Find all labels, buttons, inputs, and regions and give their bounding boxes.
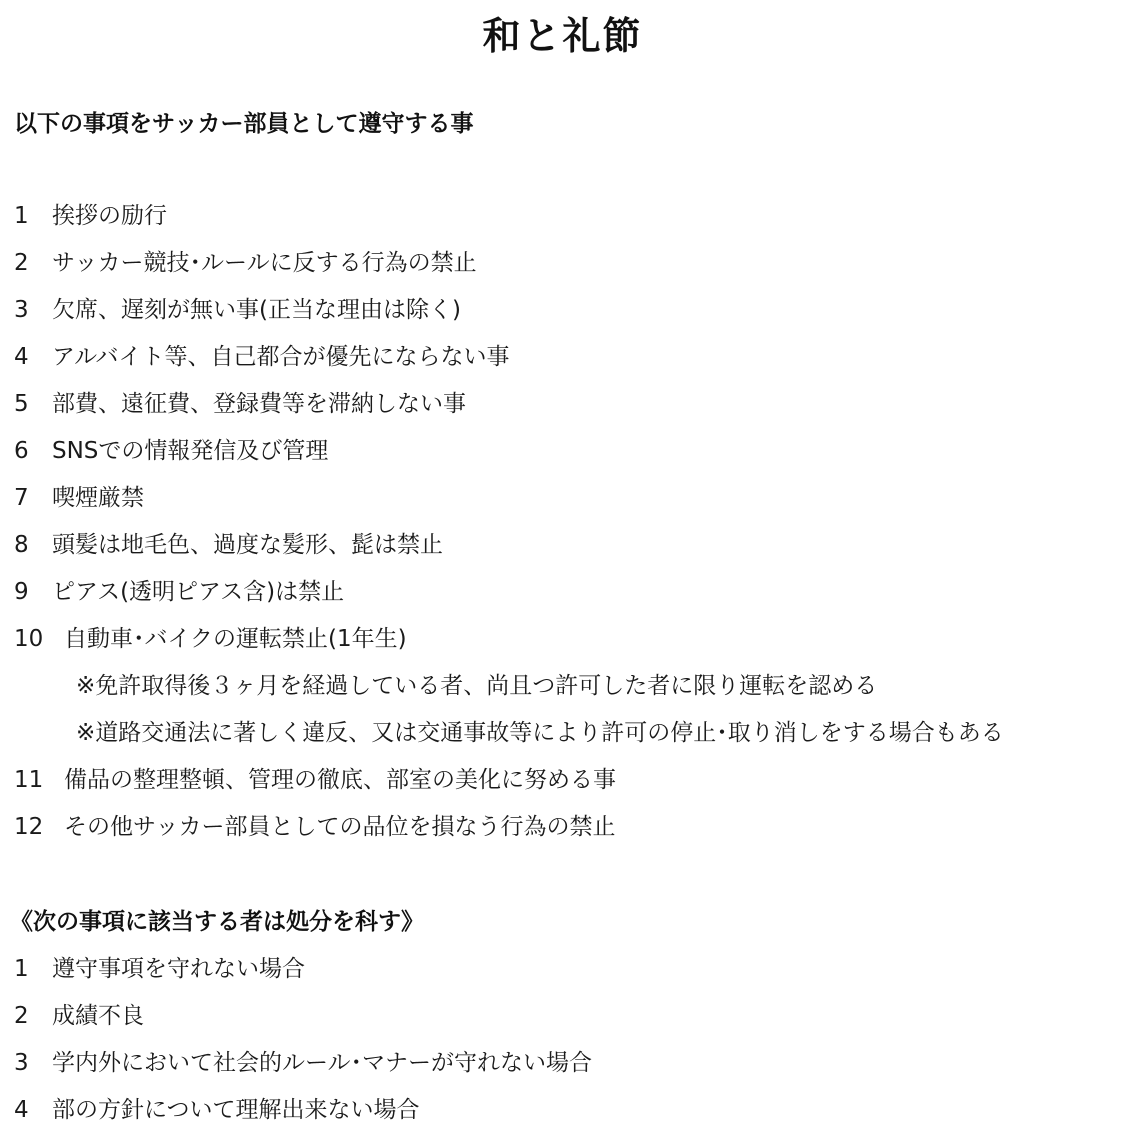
- penalty-number: 3: [14, 1047, 52, 1079]
- rule-text: アルバイト等、自己都合が優先にならない事: [52, 344, 509, 370]
- rule-text: 欠席、遅刻が無い事(正当な理由は除く): [52, 297, 461, 323]
- rule-item: 12その他サッカー部員としての品位を損なう行為の禁止: [14, 811, 616, 843]
- rule-item: 3欠席、遅刻が無い事(正当な理由は除く): [14, 294, 461, 326]
- rule-note: ※免許取得後３ヶ月を経過している者、尚且つ許可した者に限り運転を認める: [76, 670, 877, 702]
- rule-item: 1挨拶の励行: [14, 200, 167, 232]
- rule-number: 11: [14, 764, 64, 796]
- section2-heading: 《次の事項に該当する者は処分を科す》: [10, 906, 424, 938]
- penalty-item: 2成績不良: [14, 1000, 144, 1032]
- rule-item: 8頭髪は地毛色、過度な髪形、髭は禁止: [14, 529, 443, 561]
- rule-number: 9: [14, 576, 52, 608]
- penalty-number: 4: [14, 1094, 52, 1126]
- rule-number: 1: [14, 200, 52, 232]
- penalty-number: 2: [14, 1000, 52, 1032]
- rule-note: ※道路交通法に著しく違反、又は交通事故等により許可の停止･取り消しをする場合もあ…: [76, 717, 1004, 749]
- rule-item: 11備品の整理整頓、管理の徹底、部室の美化に努める事: [14, 764, 616, 796]
- penalty-number: 1: [14, 953, 52, 985]
- rule-text: その他サッカー部員としての品位を損なう行為の禁止: [64, 814, 616, 840]
- rule-number: 3: [14, 294, 52, 326]
- section1-heading: 以下の事項をサッカー部員として遵守する事: [14, 108, 474, 140]
- rule-number: 4: [14, 341, 52, 373]
- rule-text: サッカー競技･ルールに反する行為の禁止: [52, 250, 477, 276]
- rule-text: 喫煙厳禁: [52, 485, 144, 511]
- rule-item: 9ピアス(透明ピアス含)は禁止: [14, 576, 344, 608]
- penalty-item: 3学内外において社会的ルール･マナーが守れない場合: [14, 1047, 592, 1079]
- rule-text: 挨拶の励行: [52, 203, 167, 229]
- rule-number: 10: [14, 623, 64, 655]
- rule-text: 頭髪は地毛色、過度な髪形、髭は禁止: [52, 532, 443, 558]
- rule-text: 部費、遠征費、登録費等を滞納しない事: [52, 391, 466, 417]
- rule-number: 5: [14, 388, 52, 420]
- rule-number: 6: [14, 435, 52, 467]
- rule-item: 7喫煙厳禁: [14, 482, 144, 514]
- penalty-text: 成績不良: [52, 1003, 144, 1029]
- rule-text: 備品の整理整頓、管理の徹底、部室の美化に努める事: [64, 767, 616, 793]
- rule-item: 10自動車･バイクの運転禁止(1年生): [14, 623, 407, 655]
- rule-item: 5部費、遠征費、登録費等を滞納しない事: [14, 388, 466, 420]
- rule-item: 4アルバイト等、自己都合が優先にならない事: [14, 341, 509, 373]
- rule-text: ピアス(透明ピアス含)は禁止: [52, 579, 344, 605]
- rule-number: 2: [14, 247, 52, 279]
- penalty-text: 学内外において社会的ルール･マナーが守れない場合: [52, 1050, 592, 1076]
- rule-item: 2サッカー競技･ルールに反する行為の禁止: [14, 247, 477, 279]
- rule-number: 8: [14, 529, 52, 561]
- penalty-item: 4部の方針について理解出来ない場合: [14, 1094, 420, 1126]
- rule-text: 自動車･バイクの運転禁止(1年生): [64, 626, 407, 652]
- rule-number: 7: [14, 482, 52, 514]
- rule-number: 12: [14, 811, 64, 843]
- page-title: 和と礼節: [0, 10, 1125, 62]
- penalty-item: 1遵守事項を守れない場合: [14, 953, 305, 985]
- penalty-text: 遵守事項を守れない場合: [52, 956, 305, 982]
- rule-text: SNSでの情報発信及び管理: [52, 438, 328, 464]
- penalty-text: 部の方針について理解出来ない場合: [52, 1097, 420, 1123]
- rule-item: 6SNSでの情報発信及び管理: [14, 435, 328, 467]
